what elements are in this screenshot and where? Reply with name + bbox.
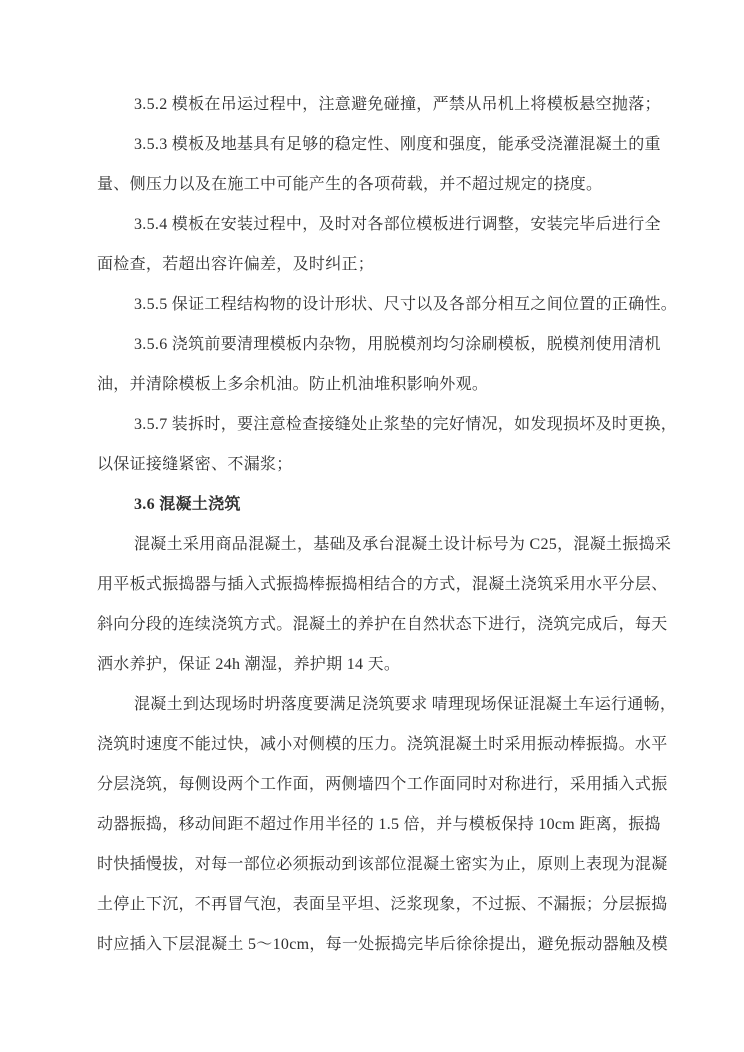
document-page: 3.5.2 模板在吊运过程中，注意避免碰撞，严禁从吊机上将模板悬空抛落； 3.5…	[0, 0, 744, 1052]
text-line: 土停止下沉，不再冒气泡，表面呈平坦、泛浆现象，不过振、不漏振；分层振捣	[97, 885, 663, 925]
text-line: 混凝土采用商品混凝土，基础及承台混凝土设计标号为 C25，混凝土振捣采	[97, 525, 663, 565]
text-line-3-5-5: 3.5.5 保证工程结构物的设计形状、尺寸以及各部分相互之间位置的正确性。	[97, 285, 663, 325]
text-line-3-5-4: 3.5.4 模板在安装过程中，及时对各部位模板进行调整，安装完毕后进行全	[97, 205, 663, 245]
text-line: 混凝土到达现场时坍落度要满足浇筑要求 啨理现场保证混凝土车运行通畅，	[97, 685, 663, 725]
text-line-3-5-3: 3.5.3 模板及地基具有足够的稳定性、刚度和强度，能承受浇灌混凝土的重	[97, 125, 663, 165]
text-line: 时快插慢拔，对每一部位必须振动到该部位混凝土密实为止，原则上表现为混凝	[97, 845, 663, 885]
text-line: 时应插入下层混凝土 5～10cm，每一处振捣完毕后徐徐提出，避免振动器触及模	[97, 925, 663, 965]
text-line: 斜向分段的连续浇筑方式。混凝土的养护在自然状态下进行，浇筑完成后，每天	[97, 605, 663, 645]
document-body: 3.5.2 模板在吊运过程中，注意避免碰撞，严禁从吊机上将模板悬空抛落； 3.5…	[97, 85, 663, 965]
text-line: 以保证接缝紧密、不漏浆；	[97, 445, 663, 485]
text-line: 浇筑时速度不能过快，减小对侧模的压力。浇筑混凝土时采用振动棒振捣。水平	[97, 725, 663, 765]
text-line-3-5-2: 3.5.2 模板在吊运过程中，注意避免碰撞，严禁从吊机上将模板悬空抛落；	[97, 85, 663, 125]
text-line: 洒水养护，保证 24h 潮湿，养护期 14 天。	[97, 645, 663, 685]
text-line-3-5-7: 3.5.7 装拆时，要注意检查接缝处止浆垫的完好情况，如发现损坏及时更换，	[97, 405, 663, 445]
text-line: 分层浇筑，每侧设两个工作面，两侧墙四个工作面同时对称进行，采用插入式振	[97, 765, 663, 805]
text-line-3-5-6: 3.5.6 浇筑前要清理模板内杂物，用脱模剂均匀涂刷模板，脱模剂使用清机	[97, 325, 663, 365]
text-line: 面检查，若超出容许偏差，及时纠正；	[97, 245, 663, 285]
text-line: 用平板式振捣器与插入式振捣棒振捣相结合的方式，混凝土浇筑采用水平分层、	[97, 565, 663, 605]
text-line: 油，并清除模板上多余机油。防止机油堆积影响外观。	[97, 365, 663, 405]
text-line: 量、侧压力以及在施工中可能产生的各项荷载，并不超过规定的挠度。	[97, 165, 663, 205]
text-line: 动器振捣，移动间距不超过作用半径的 1.5 倍，并与模板保持 10cm 距离，振…	[97, 805, 663, 845]
section-heading-3-6: 3.6 混凝土浇筑	[97, 485, 663, 525]
